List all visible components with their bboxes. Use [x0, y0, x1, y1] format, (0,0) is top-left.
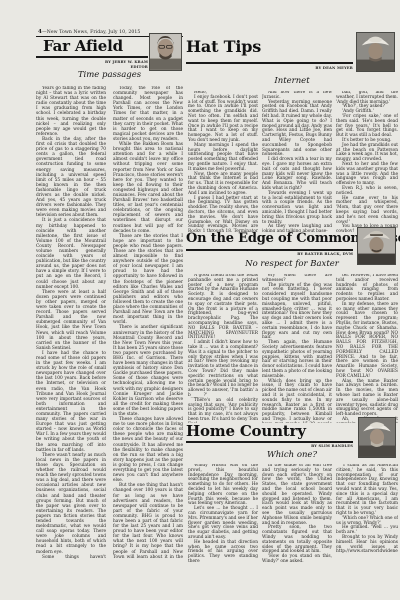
masthead-dateline: —New Town News, Friday, July 10, 2015 — [42, 30, 140, 35]
paragraph: in the shade of an elm tree and trying s… — [262, 464, 332, 526]
paragraph: Today, the role of the community newspap… — [113, 86, 183, 142]
paragraph: ball, golf, and the weather, I interrupt… — [336, 91, 398, 105]
paragraph: Windy Wilson was on the prowl, this beau… — [188, 464, 258, 507]
jerry-kram-headshot — [149, 33, 182, 71]
paragraph: Joe had the grandkids out at the beach o… — [336, 144, 398, 163]
home-country-column-3: 'I stand as an American citizen,' he sai… — [336, 464, 398, 563]
home-country-subtitle: Which one? — [186, 450, 398, 460]
hat-tips-byline: BY DEAN MEYER — [265, 66, 353, 70]
far-afield-subtitle: Time passages — [36, 70, 183, 80]
paragraph: 'How do you stand on this, Windy?' one a… — [262, 555, 332, 563]
paragraph: I admit I didn't know how to take it ...… — [188, 341, 258, 399]
paragraph: He headed in that direction when he came… — [188, 541, 258, 563]
common-sense-column-1: A good friend from the Texas panhandle s… — [188, 274, 258, 423]
paragraph: But the one thing that hasn't changed ov… — [113, 483, 183, 560]
paragraph: ter. However, I have been told and/or re… — [336, 274, 398, 303]
newspaper-page: { "colors":{"page_bg":"#e9e8e3","ink":"#… — [0, 0, 400, 600]
common-sense-column-2: ery when there are witnesses?The picture… — [262, 274, 332, 423]
paragraph: It is just a coincidence that my birthda… — [36, 218, 106, 289]
far-afield-byline: BY JERRY W. KRAM — [60, 60, 148, 64]
jerry-kram-portrait-icon — [150, 34, 181, 70]
home-country-column-1: Windy Wilson was on the prowl, this beau… — [188, 464, 258, 563]
paragraph: In my defense, there are so many other n… — [336, 303, 398, 380]
far-afield-title: Far Afield — [43, 37, 123, 55]
hat-tips-column-1: Hello,I enjoy facebook. I don't post a l… — [188, 91, 258, 232]
common-sense-headline-rule — [186, 249, 353, 251]
paragraph: The picture of the dog was not even flat… — [262, 284, 332, 342]
paragraph: I enjoy facebook. I don't post a lot of … — [188, 96, 258, 144]
paragraph: There were at least a half dozen papers … — [36, 290, 106, 351]
far-afield-byline-title: EDITOR — [60, 65, 148, 69]
paragraph: A good friend from the Texas panhandle s… — [188, 274, 258, 341]
hat-tips-headline-rule — [186, 62, 353, 64]
paragraph: 'For cripes sake,' one of them said. 'He… — [336, 115, 398, 139]
paragraph: Which does bring up the issue, if they c… — [262, 380, 332, 423]
paragraph: Then again, the Humane Society advertise… — [262, 341, 332, 379]
paragraph: Back in the day, after the first oil cri… — [36, 137, 106, 219]
paragraph: Towards evening I went up to a local est… — [262, 192, 332, 226]
paragraph: Brought to you by Windy himself. Hear hi… — [336, 536, 398, 555]
paragraph: 'I stand as an American citizen,' he sai… — [336, 464, 398, 517]
paragraph: Yesterday morning someone posted on Face… — [262, 101, 332, 159]
hat-tips-title: Hat Tips — [186, 37, 261, 56]
far-afield-headline-rule — [36, 56, 148, 58]
common-sense-byline: BY BAXTER BLACK, DVM — [265, 252, 353, 256]
paragraph: There wasn't nearly as much local news i… — [36, 453, 106, 555]
home-country-headline-rule — [186, 441, 353, 443]
far-afield-column-2: Today, the role of the community newspap… — [113, 86, 183, 560]
common-sense-subtitle: No respect for Baxter — [186, 259, 398, 269]
paragraph: He came over to his mother and whispered… — [336, 197, 398, 226]
home-country-byline: BY SLIM RANDLES — [265, 444, 353, 448]
home-country-title: Home Country — [186, 422, 306, 440]
paragraph: Alas, the name Baxter has always been a … — [336, 380, 398, 418]
page-header: 4—New Town News, Friday, July 10, 2015 — [38, 29, 140, 35]
paragraph: Let's see ... he thought ... I can circu… — [188, 507, 258, 541]
paragraph: Some things haven't changed that much. O… — [36, 555, 106, 560]
paragraph: Now, there are many people that think th… — [188, 173, 258, 197]
paragraph: There is another significant anniversary… — [113, 325, 183, 417]
hat-tips-subtitle: Internet — [186, 76, 398, 86]
paragraph: Years go falling in the fading night – t… — [36, 86, 106, 137]
paragraph: I guess I had better start at the beginn… — [188, 197, 258, 232]
paragraph: Those are the stories that I hope are im… — [113, 234, 183, 326]
home-country-column-2: in the shade of an elm tree and trying s… — [262, 464, 332, 563]
paragraph: Next to her and the few kids was another… — [336, 163, 398, 187]
paragraph: I have had the chance to read some of th… — [36, 351, 106, 453]
dean-meyer-headshot — [356, 32, 395, 72]
paragraph: Pretty soon, the two combatants figured … — [262, 526, 332, 555]
paragraph: There's an old celebrity saying that say… — [188, 399, 258, 423]
paragraph: Many mornings I spend the hours before d… — [188, 144, 258, 173]
paragraph: I did drown with a tear in my eye. I gav… — [262, 158, 332, 192]
dean-meyer-portrait-icon — [357, 33, 394, 71]
hat-tips-column-3: ball, golf, and the weather, I interrupt… — [336, 91, 398, 232]
hat-tips-column-2: And now there is a new Jurassic.Yesterda… — [262, 91, 332, 232]
paragraph: These changes have allowed me to use mor… — [113, 417, 183, 483]
far-afield-column-1: Years go falling in the fading night – t… — [36, 86, 106, 560]
common-sense-column-3: ter. However, I have been told and/or re… — [336, 274, 398, 423]
paragraph: While the Bakken Boom has brought this a… — [113, 142, 183, 234]
